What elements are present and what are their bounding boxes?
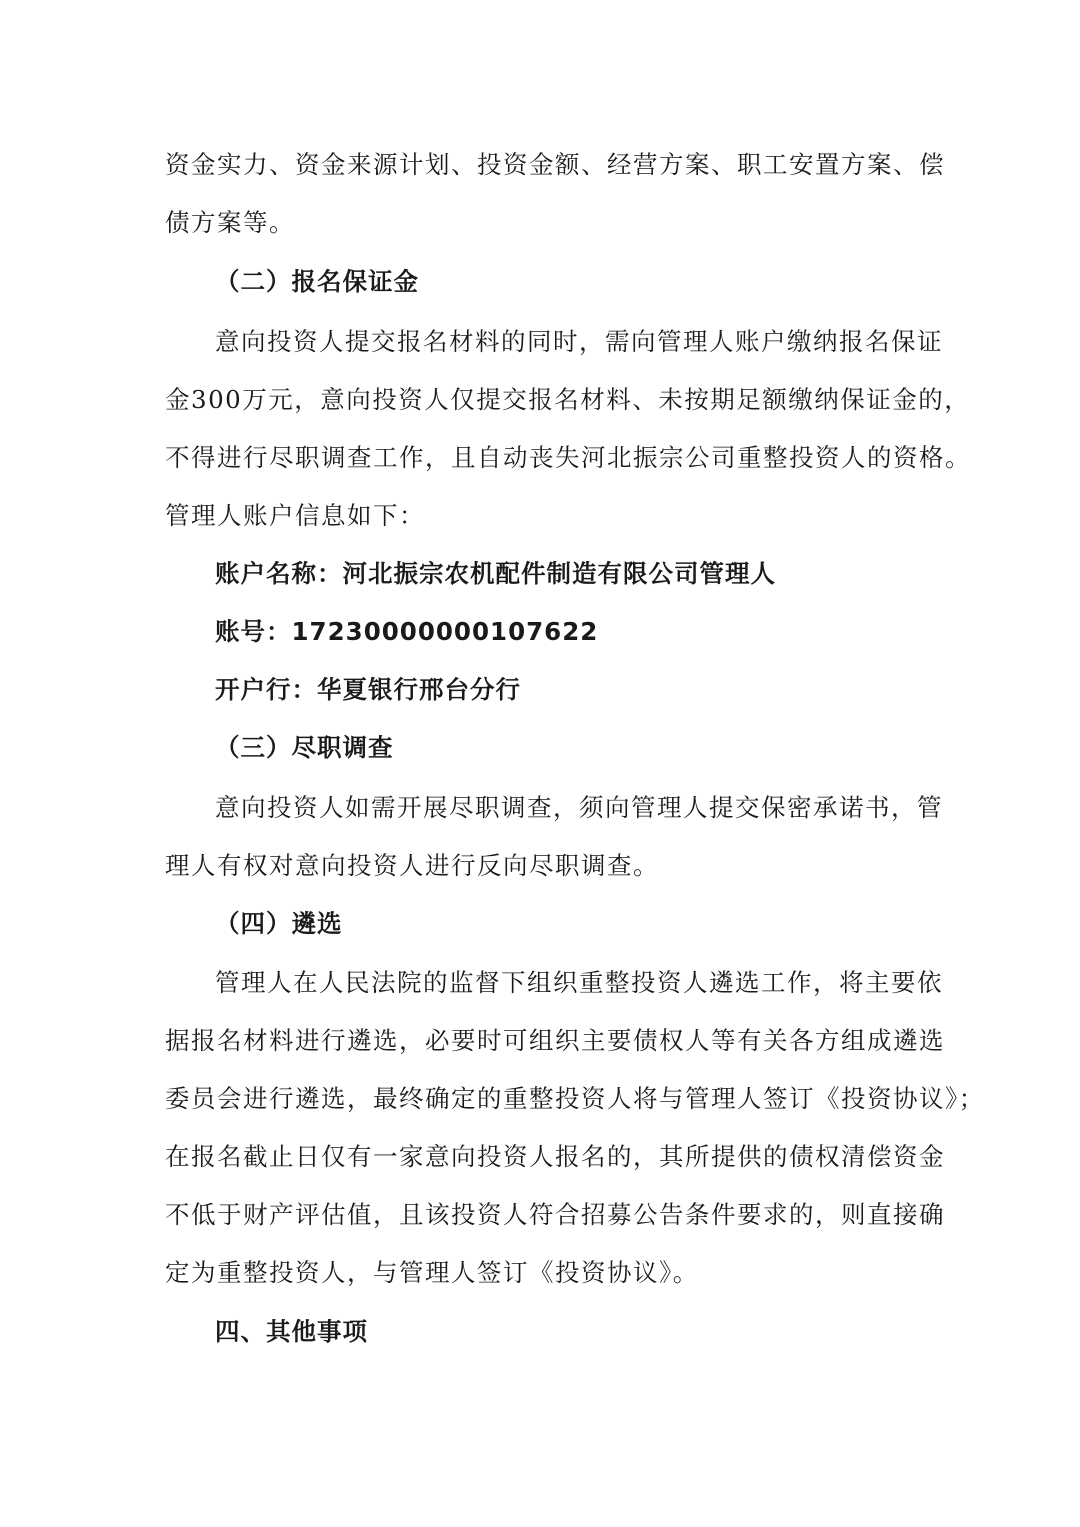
paragraph-line: 不低于财产评估值，且该投资人符合招募公告条件要求的，则直接确 bbox=[165, 1195, 917, 1235]
paragraph-line: 意向投资人提交报名材料的同时，需向管理人账户缴纳报名保证 bbox=[215, 322, 917, 362]
section-heading-due-diligence: （三）尽职调查 bbox=[215, 728, 394, 768]
paragraph-line: 委员会进行遴选，最终确定的重整投资人将与管理人签订《投资协议》； bbox=[165, 1079, 917, 1119]
paragraph-line: 金300万元，意向投资人仅提交报名材料、未按期足额缴纳保证金的， bbox=[165, 380, 917, 420]
section-heading-selection: （四）遴选 bbox=[215, 904, 343, 944]
paragraph-line: 资金实力、资金来源计划、投资金额、经营方案、职工安置方案、偿 bbox=[165, 145, 917, 185]
paragraph-line: 据报名材料进行遴选，必要时可组织主要债权人等有关各方组成遴选 bbox=[165, 1021, 917, 1061]
paragraph-line: 管理人账户信息如下： bbox=[165, 496, 425, 536]
section-heading-registration-deposit: （二）报名保证金 bbox=[215, 262, 419, 302]
paragraph-line: 不得进行尽职调查工作，且自动丧失河北振宗公司重整投资人的资格。 bbox=[165, 438, 917, 478]
account-bank: 开户行：华夏银行邢台分行 bbox=[215, 670, 521, 710]
section-heading-other-matters: 四、其他事项 bbox=[215, 1312, 368, 1352]
account-number: 账号：17230000000107622 bbox=[215, 612, 598, 652]
paragraph-line: 理人有权对意向投资人进行反向尽职调查。 bbox=[165, 846, 659, 886]
paragraph-line: 债方案等。 bbox=[165, 203, 295, 243]
paragraph-line: 管理人在人民法院的监督下组织重整投资人遴选工作，将主要依 bbox=[215, 963, 917, 1003]
paragraph-line: 意向投资人如需开展尽职调查，须向管理人提交保密承诺书，管 bbox=[215, 788, 917, 828]
paragraph-line: 定为重整投资人，与管理人签订《投资协议》。 bbox=[165, 1253, 699, 1293]
account-name: 账户名称：河北振宗农机配件制造有限公司管理人 bbox=[215, 554, 776, 594]
paragraph-line: 在报名截止日仅有一家意向投资人报名的，其所提供的债权清偿资金 bbox=[165, 1137, 917, 1177]
